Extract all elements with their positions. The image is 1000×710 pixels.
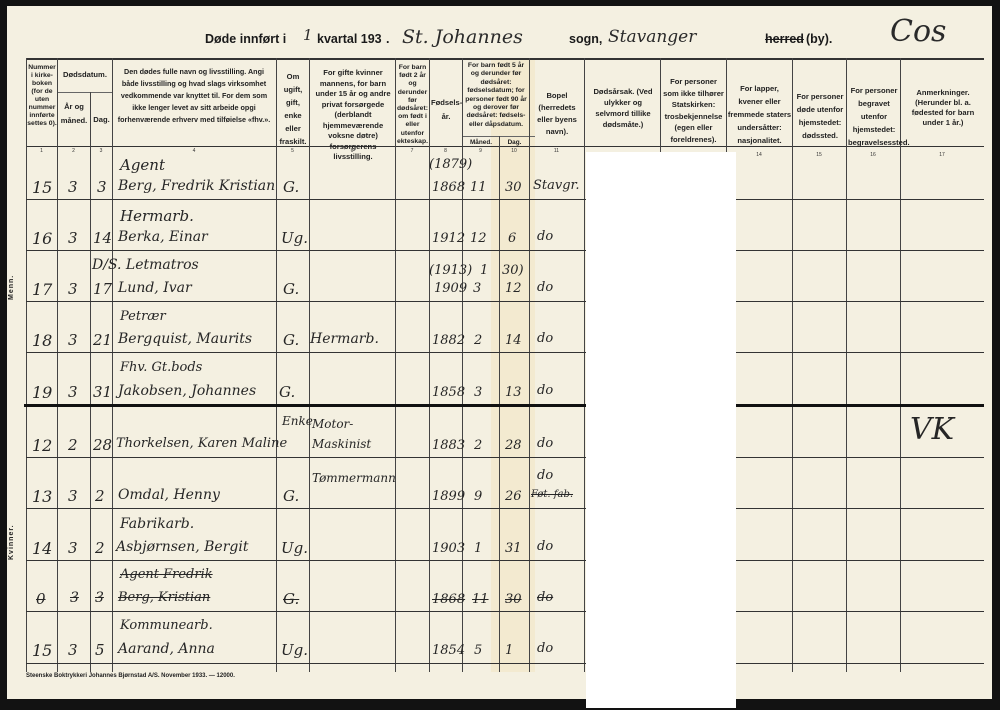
header-col-2: År og måned. bbox=[58, 100, 90, 128]
row-rule bbox=[26, 508, 984, 509]
row-b-day-alt: 30) bbox=[502, 263, 524, 278]
colnum-5: 5 bbox=[276, 148, 309, 154]
row-day: 5 bbox=[95, 641, 105, 659]
row-residence: do bbox=[537, 436, 553, 451]
row-residence: do bbox=[537, 468, 553, 483]
top-rule bbox=[26, 58, 984, 60]
row-nr: 15 bbox=[32, 641, 52, 660]
row-occupation: Fabrikarb. bbox=[120, 516, 194, 532]
row-residence: Stavgr. bbox=[533, 178, 579, 193]
sogn-label: sogn, bbox=[569, 32, 602, 46]
colnum-8: 8 bbox=[429, 148, 462, 154]
row-residence-struck: Føt. fab. bbox=[531, 489, 573, 500]
col-line bbox=[584, 58, 585, 672]
row-day: 31 bbox=[93, 383, 112, 401]
row-nr: 18 bbox=[32, 331, 52, 350]
row-nr: 12 bbox=[32, 436, 52, 455]
row-b-month: 12 bbox=[470, 231, 487, 246]
row-birth-year: 1883 bbox=[432, 438, 465, 453]
colnum-4: 4 bbox=[112, 148, 276, 154]
row-rule bbox=[26, 457, 984, 458]
col-line bbox=[792, 58, 793, 672]
row-month: 3 bbox=[68, 539, 78, 557]
row-occupation: Agent bbox=[120, 156, 165, 174]
row-name: Aarand, Anna bbox=[118, 641, 215, 657]
row-b-month: 5 bbox=[474, 643, 482, 658]
header-col-14: For lapper, kvener eller fremmede stater… bbox=[727, 82, 792, 147]
header-dodsdatum: Dødsdatum. bbox=[58, 70, 112, 79]
row-name: Bergquist, Maurits bbox=[118, 331, 252, 347]
colnum-1: 1 bbox=[26, 148, 57, 154]
quarter-value: 1 bbox=[303, 26, 313, 44]
row-rule bbox=[26, 560, 984, 561]
row-day: 17 bbox=[93, 280, 112, 298]
row-b-month: 1 bbox=[474, 541, 482, 556]
row-status: G. bbox=[283, 178, 299, 196]
row-residence: do bbox=[537, 280, 553, 295]
row-month: 3 bbox=[68, 383, 78, 401]
row-day: 3 bbox=[97, 178, 107, 196]
row-day: 28 bbox=[93, 436, 112, 454]
row-b-day: 13 bbox=[505, 385, 522, 400]
row-rule bbox=[26, 301, 984, 302]
col-line bbox=[846, 58, 847, 672]
header-col-17: Anmerkninger. (Herunder bl. a. fødested … bbox=[903, 88, 983, 128]
row-birth-year: 1912 bbox=[432, 231, 465, 246]
row-b-day: 1 bbox=[505, 643, 513, 658]
header-col-8: Fødsels-år. bbox=[431, 96, 461, 124]
header-col-12: Dødsårsak. (Ved ulykker og selvmord till… bbox=[587, 86, 659, 130]
row-provider: Tømmermann bbox=[312, 468, 382, 488]
row-name: Berka, Einar bbox=[118, 229, 208, 245]
section-label-men: Menn. bbox=[8, 275, 15, 300]
row-b-month-alt: 1 bbox=[480, 263, 488, 278]
table-bottom-rule bbox=[26, 663, 984, 664]
row-nr: 17 bbox=[32, 280, 52, 299]
colnum-15: 15 bbox=[792, 152, 846, 158]
row-provider: Motor-Maskinist bbox=[312, 414, 392, 454]
row-residence: do bbox=[537, 331, 553, 346]
row-residence: do bbox=[537, 383, 553, 398]
row-nr: 19 bbox=[32, 383, 52, 402]
row-status: Ug. bbox=[281, 539, 308, 557]
row-rule bbox=[26, 199, 984, 200]
row-birth-year: 1868 bbox=[432, 180, 465, 195]
row-birth-alt: (1913) bbox=[429, 263, 472, 278]
row-month: 3 bbox=[68, 487, 78, 505]
row-b-day: 6 bbox=[508, 231, 516, 246]
row-day: 21 bbox=[93, 331, 112, 349]
row-birth-year: 1854 bbox=[432, 643, 465, 658]
header-col-16: For personer begravet utenfor hjemstedet… bbox=[848, 84, 900, 149]
colnum-10: 10 bbox=[499, 148, 529, 154]
row-rule bbox=[26, 250, 984, 251]
row-day: 2 bbox=[95, 539, 105, 557]
kvartal-label: kvartal 193 bbox=[317, 32, 382, 46]
row-status: Ug. bbox=[281, 229, 308, 247]
colnum-11: 11 bbox=[529, 148, 584, 154]
row-name: Asbjørnsen, Bergit bbox=[116, 539, 248, 555]
colnum-16: 16 bbox=[846, 152, 900, 158]
colnum-17: 17 bbox=[900, 152, 984, 158]
herred-label: herred bbox=[765, 32, 804, 46]
row-month: 3 bbox=[70, 590, 79, 606]
row-b-day: 31 bbox=[505, 541, 522, 556]
row-b-day: 30 bbox=[505, 592, 522, 607]
colnum-3: 3 bbox=[90, 148, 112, 154]
annotation-mark: VK bbox=[910, 412, 954, 447]
row-name: Jakobsen, Johannes bbox=[118, 383, 256, 399]
row-occupation: Petrær bbox=[120, 309, 166, 324]
row-day: 2 bbox=[95, 487, 105, 505]
row-status: Enke bbox=[282, 414, 313, 428]
row-b-month: 3 bbox=[474, 385, 482, 400]
row-b-month: 9 bbox=[474, 489, 482, 504]
row-month: 3 bbox=[68, 280, 78, 298]
row-provider: Hermarb. bbox=[310, 331, 379, 347]
title-prefix: Døde innført i bbox=[205, 32, 286, 46]
row-name: Berg, Kristian bbox=[118, 590, 210, 605]
header-fodselsdatum: For barn født 5 år og derunder før dødså… bbox=[463, 62, 529, 129]
row-occupation: Agent Fredrik bbox=[120, 567, 213, 582]
row-b-month: 3 bbox=[473, 281, 481, 296]
row-birth-year: 1882 bbox=[432, 333, 465, 348]
municipality-value: Stavanger bbox=[608, 27, 696, 47]
header-col-5: Om ugift, gift, enke eller fraskilt. bbox=[278, 70, 308, 148]
row-b-day: 14 bbox=[505, 333, 522, 348]
row-residence: do bbox=[537, 641, 553, 656]
printer-footer: Steenske Boktrykkeri Johannes Bjørnstad … bbox=[26, 673, 235, 679]
row-status: Ug. bbox=[281, 641, 308, 659]
col-line bbox=[900, 58, 901, 672]
row-day: 3 bbox=[95, 590, 104, 606]
colnum-6: 6 bbox=[309, 148, 395, 154]
row-birth-year: 1868 bbox=[432, 592, 465, 607]
row-nr: 14 bbox=[32, 539, 52, 558]
by-label: (by). bbox=[806, 32, 832, 46]
row-b-month: 11 bbox=[472, 592, 489, 607]
colnum-9: 9 bbox=[462, 148, 499, 154]
row-nr: 16 bbox=[32, 229, 52, 248]
row-status: G. bbox=[283, 331, 299, 349]
row-occupation: Fhv. Gt.bods bbox=[120, 360, 202, 375]
row-rule bbox=[26, 611, 984, 612]
row-b-month: 11 bbox=[470, 180, 487, 195]
header-col-10: Dag. bbox=[500, 138, 529, 147]
row-rule bbox=[26, 352, 984, 353]
row-birth-year: 1899 bbox=[432, 489, 465, 504]
row-b-month: 2 bbox=[474, 333, 482, 348]
header-col-4: Den dødes fulle navn og livsstilling. An… bbox=[116, 66, 272, 126]
row-month: 2 bbox=[68, 436, 78, 454]
col-line bbox=[90, 92, 91, 672]
row-nr: 0 bbox=[36, 590, 46, 608]
row-name: Berg, Fredrik Kristian bbox=[118, 178, 275, 194]
row-nr: 13 bbox=[32, 487, 52, 506]
row-occupation: Kommunearb. bbox=[120, 618, 213, 633]
datum-subheader-rule bbox=[57, 92, 112, 93]
row-name: Omdal, Henny bbox=[118, 487, 220, 503]
row-residence: do bbox=[537, 229, 553, 244]
section-label-women: Kvinner. bbox=[8, 524, 15, 560]
row-birth-alt: (1879) bbox=[429, 157, 472, 172]
corner-mark: Cos bbox=[890, 14, 946, 49]
header-col-3: Dag. bbox=[91, 115, 112, 124]
row-status: G. bbox=[279, 383, 295, 401]
row-occupation: D/S. Letmatros bbox=[92, 257, 199, 273]
year-suffix: . bbox=[386, 32, 389, 46]
row-b-month: 2 bbox=[474, 438, 482, 453]
header-col-15: For personer døde utenfor hjemstedet: dø… bbox=[794, 90, 846, 142]
section-divider bbox=[24, 404, 984, 407]
row-name: Lund, Ivar bbox=[118, 280, 192, 296]
row-b-day: 30 bbox=[505, 180, 522, 195]
row-birth-year: 1858 bbox=[432, 385, 465, 400]
row-status: G. bbox=[283, 487, 299, 505]
header-col-11: Bopel (herredets eller byens navn). bbox=[531, 90, 583, 138]
header-col-9: Måned. bbox=[463, 138, 499, 147]
row-b-day: 28 bbox=[505, 438, 522, 453]
row-name: Thorkelsen, Karen Maline bbox=[116, 436, 287, 451]
redacted-cause-of-death bbox=[586, 152, 736, 708]
row-occupation: Hermarb. bbox=[120, 207, 194, 225]
row-birth-year: 1903 bbox=[432, 541, 465, 556]
header-col-7: For barn født 2 år og derunder før dødså… bbox=[396, 64, 429, 146]
colnum-2: 2 bbox=[57, 148, 90, 154]
header-col-13: For personer som ikke tilhører Statskirk… bbox=[662, 76, 725, 145]
row-residence: do bbox=[537, 539, 553, 554]
row-b-day: 12 bbox=[505, 281, 522, 296]
parish-value: St. Johannes bbox=[402, 26, 523, 48]
header-col-1: Nummer i kirke-boken (for de uten nummer… bbox=[27, 64, 57, 128]
row-month: 3 bbox=[68, 331, 78, 349]
colnum-7: 7 bbox=[395, 148, 429, 154]
row-birth-year: 1909 bbox=[434, 281, 467, 296]
row-status: G. bbox=[283, 280, 299, 298]
row-month: 3 bbox=[68, 178, 78, 196]
row-residence: do bbox=[537, 590, 553, 605]
row-month: 3 bbox=[68, 229, 78, 247]
row-month: 3 bbox=[68, 641, 78, 659]
row-status: G. bbox=[283, 590, 299, 608]
row-b-day: 26 bbox=[505, 489, 522, 504]
row-nr: 15 bbox=[32, 178, 52, 197]
row-day: 14 bbox=[93, 229, 112, 247]
